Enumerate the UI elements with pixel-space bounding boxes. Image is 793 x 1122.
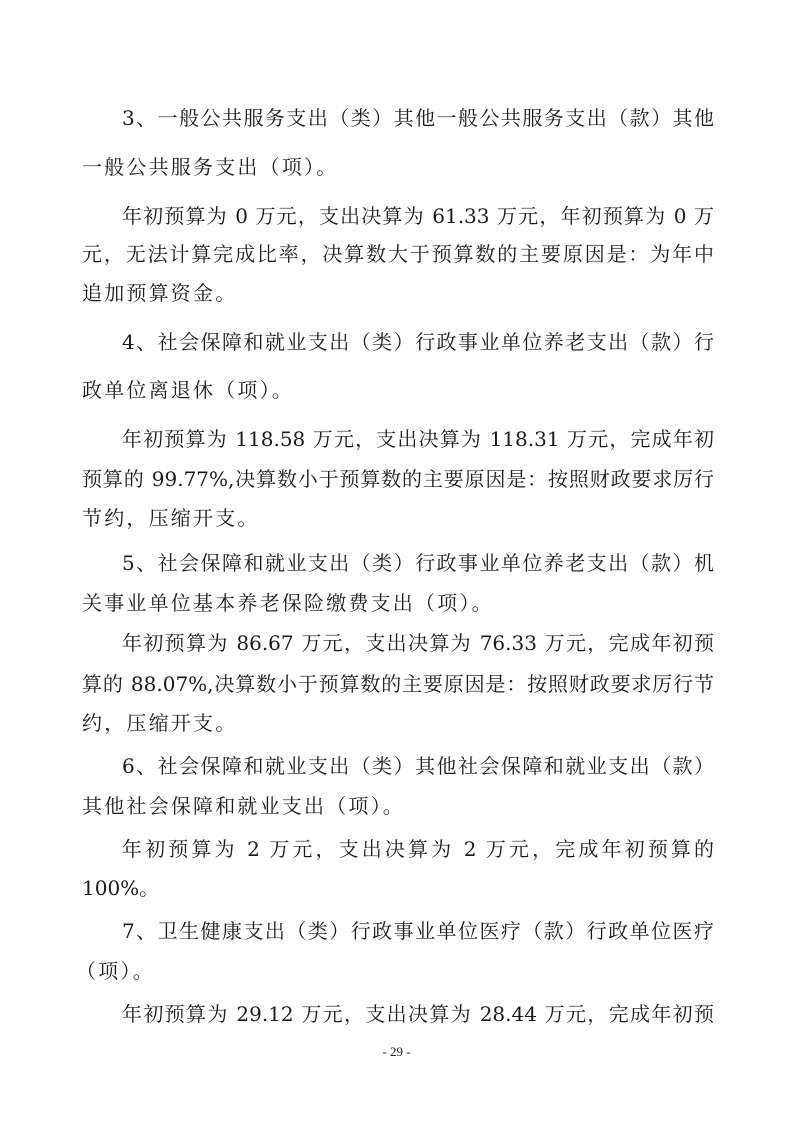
item7-title-line2: （项）。 [76,958,708,984]
item6-title-line1: 6、社会保障和就业支出（类）其他社会保障和就业支出（款） [122,753,714,779]
item3-body-line1: 年初预算为 0 万元，支出决算为 61.33 万元，年初预算为 0 万 [122,203,714,229]
item3-title-line1: 3、一般公共服务支出（类）其他一般公共服务支出（款）其他 [122,105,714,131]
item5-body-line2: 算的 88.07%,决算数小于预算数的主要原因是：按照财政要求厉行节 [82,671,714,697]
item6-body-line2: 100%。 [82,875,714,901]
item4-body-line2: 预算的 99.77%,决算数小于预算数的主要原因是：按照财政要求厉行 [82,466,714,492]
item5-body-line3: 约，压缩开支。 [82,710,714,736]
item5-title-line2: 关事业单位基本养老保险缴费支出（项）。 [82,590,714,616]
item7-body-line1: 年初预算为 29.12 万元，支出决算为 28.44 万元，完成年初预 [122,1001,714,1027]
item5-title-line1: 5、社会保障和就业支出（类）行政事业单位养老支出（款）机 [122,550,714,576]
item3-body-line3: 追加预算资金。 [82,280,714,306]
item7-title-line1: 7、卫生健康支出（类）行政事业单位医疗（款）行政单位医疗 [122,918,714,944]
item6-body-line1: 年初预算为 2 万元，支出决算为 2 万元，完成年初预算的 [122,836,714,862]
document-page: 3、一般公共服务支出（类）其他一般公共服务支出（款）其他 一般公共服务支出（项）… [0,0,793,1122]
item3-title-line2: 一般公共服务支出（项）。 [82,154,714,180]
item4-body-line3: 节约，压缩开支。 [82,505,714,531]
page-number: - 29 - [0,1044,793,1060]
item6-title-line2: 其他社会保障和就业支出（项）。 [82,793,714,819]
item4-title-line2: 政单位离退休（项）。 [82,377,714,403]
item5-body-line1: 年初预算为 86.67 万元，支出决算为 76.33 万元，完成年初预 [122,630,714,656]
item3-body-line2: 元，无法计算完成比率，决算数大于预算数的主要原因是：为年中 [82,241,714,267]
item4-title-line1: 4、社会保障和就业支出（类）行政事业单位养老支出（款）行 [122,329,714,355]
item4-body-line1: 年初预算为 118.58 万元，支出决算为 118.31 万元，完成年初 [122,426,714,452]
